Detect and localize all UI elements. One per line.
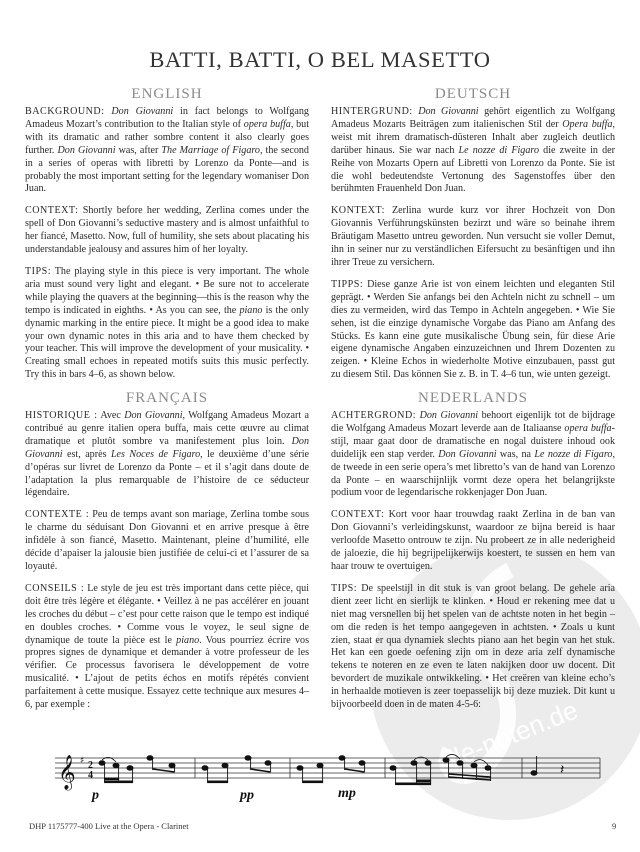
section-nederlands: NEDERLANDS ACHTERGROND: Don Giovanni beh… bbox=[331, 390, 615, 721]
footer-publication-info: DHP 1175777-400 Live at the Opera - Clar… bbox=[29, 821, 189, 831]
section-english: ENGLISH BACKGROUND: Don Giovanni in fact… bbox=[25, 86, 309, 391]
page-number: 9 bbox=[612, 821, 616, 831]
svg-text:4: 4 bbox=[88, 770, 93, 781]
dynamic-marking-pp: pp bbox=[240, 788, 254, 804]
music-example-staff: 𝄞 ♯ 2 4 bbox=[0, 740, 640, 820]
francais-context: CONTEXTE : Peu de temps avant son mariag… bbox=[25, 509, 309, 574]
nederlands-background: ACHTERGROND: Don Giovanni behoort eigenl… bbox=[331, 410, 615, 500]
staff-notation-icon: 𝄞 ♯ 2 4 bbox=[0, 740, 640, 820]
nederlands-context: CONTEXT: Kort voor haar trouwdag raakt Z… bbox=[331, 509, 615, 574]
heading-francais: FRANÇAIS bbox=[25, 390, 309, 407]
deutsch-background: HINTERGRUND: Don Giovanni gehört eigentl… bbox=[331, 106, 615, 196]
francais-tips: CONSEILS : Le style de jeu est très impo… bbox=[25, 583, 309, 712]
english-tips: TIPS: The playing style in this piece is… bbox=[25, 266, 309, 382]
dynamic-marking-mp: mp bbox=[338, 786, 356, 802]
svg-text:𝄽: 𝄽 bbox=[560, 762, 564, 778]
english-context: CONTEXT: Shortly before her wedding, Zer… bbox=[25, 205, 309, 257]
heading-nederlands: NEDERLANDS bbox=[331, 390, 615, 407]
heading-english: ENGLISH bbox=[25, 86, 309, 103]
heading-deutsch: DEUTSCH bbox=[331, 86, 615, 103]
section-deutsch: DEUTSCH HINTERGRUND: Don Giovanni gehört… bbox=[331, 86, 615, 391]
page-title: BATTI, BATTI, O BEL MASETTO bbox=[0, 47, 640, 73]
deutsch-tips: TIPPS: Diese ganze Arie ist von einem le… bbox=[331, 279, 615, 382]
svg-text:𝄞: 𝄞 bbox=[58, 755, 76, 791]
english-background: BACKGROUND: Don Giovanni in fact belongs… bbox=[25, 106, 309, 196]
deutsch-context: KONTEXT: Zerlina wurde kurz vor ihrer Ho… bbox=[331, 205, 615, 270]
dynamic-marking-p: p bbox=[92, 788, 99, 804]
section-francais: FRANÇAIS HISTORIQUE : Avec Don Giovanni,… bbox=[25, 390, 309, 721]
svg-text:♯: ♯ bbox=[80, 756, 84, 766]
nederlands-tips: TIPS: De speelstijl in dit stuk is van g… bbox=[331, 583, 615, 712]
francais-background: HISTORIQUE : Avec Don Giovanni, Wolfgang… bbox=[25, 410, 309, 500]
